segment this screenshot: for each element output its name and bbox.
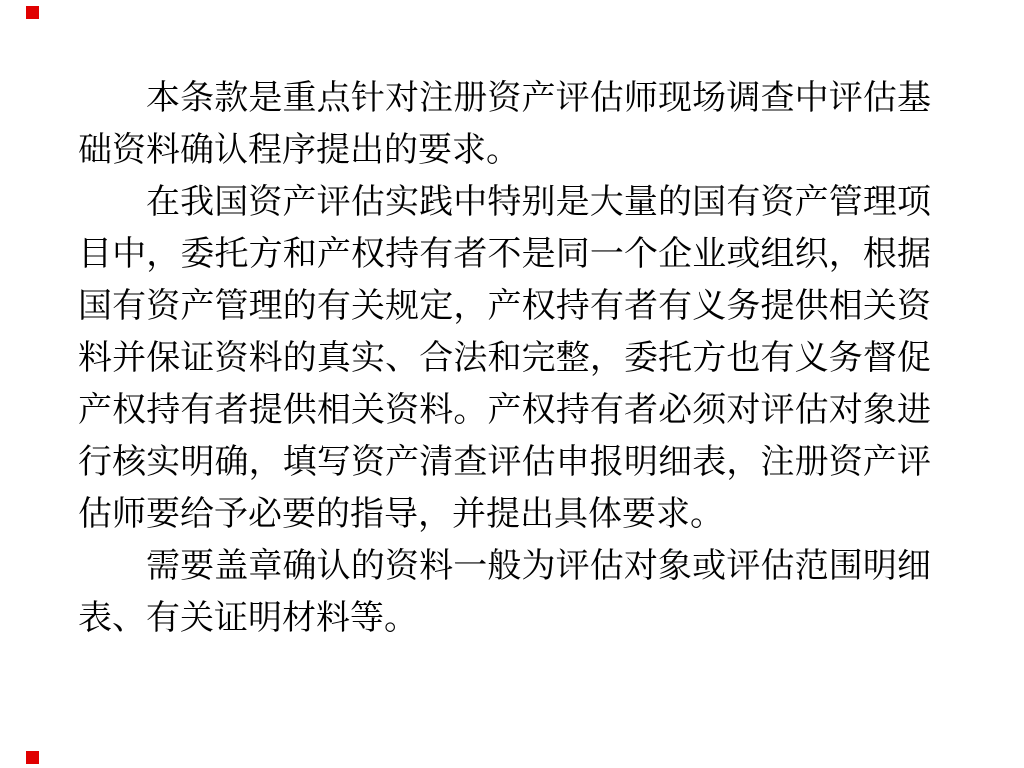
text-line: 表、有关证明材料等。: [78, 593, 931, 645]
text-line: 估师要给予必要的指导，并提出具体要求。: [78, 489, 931, 541]
text-line: 目中，委托方和产权持有者不是同一个企业或组织，根据: [78, 229, 931, 281]
text-line: 在我国资产评估实践中特别是大量的国有资产管理项: [78, 177, 931, 229]
text-line: 本条款是重点针对注册资产评估师现场调查中评估基: [78, 73, 931, 125]
text-line: 需要盖章确认的资料一般为评估对象或评估范围明细: [78, 541, 931, 593]
slide-page: 本条款是重点针对注册资产评估师现场调查中评估基 础资料确认程序提出的要求。 在我…: [0, 0, 1024, 768]
text-line: 础资料确认程序提出的要求。: [78, 125, 931, 177]
red-square-marker-bottom: [26, 751, 39, 764]
text-line: 产权持有者提供相关资料。产权持有者必须对评估对象进: [78, 385, 931, 437]
body-text-block: 本条款是重点针对注册资产评估师现场调查中评估基 础资料确认程序提出的要求。 在我…: [78, 73, 931, 645]
text-line: 料并保证资料的真实、合法和完整，委托方也有义务督促: [78, 333, 931, 385]
text-line: 国有资产管理的有关规定，产权持有者有义务提供相关资: [78, 281, 931, 333]
text-line: 行核实明确，填写资产清查评估申报明细表，注册资产评: [78, 437, 931, 489]
red-square-marker-top: [26, 6, 39, 19]
